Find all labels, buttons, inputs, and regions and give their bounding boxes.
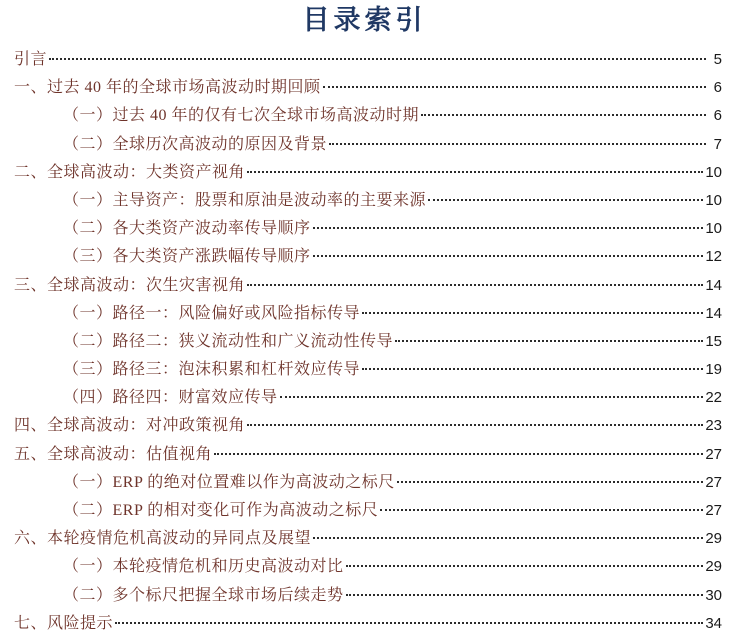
dotted-leader	[214, 453, 703, 455]
toc-entry-label: （四）路径四：财富效应传导	[63, 384, 278, 412]
page-title: 目录索引	[0, 0, 729, 37]
toc-entry-page: 10	[705, 159, 722, 187]
toc-entry-label: 四、全球高波动：对冲政策视角	[14, 412, 245, 440]
toc-entry-label: 五、全球高波动：估值视角	[14, 441, 212, 469]
dotted-leader	[313, 227, 704, 229]
dotted-leader	[313, 255, 704, 257]
toc-entry[interactable]: （一）主导资产：股票和原油是波动率的主要来源 10	[14, 187, 722, 215]
toc-entry-page: 29	[705, 553, 722, 581]
toc-entry[interactable]: （一）路径一：风险偏好或风险指标传导 14	[14, 300, 722, 328]
toc-entry-page: 5	[708, 46, 722, 74]
toc-entry-page: 7	[708, 131, 722, 159]
toc-entry-label: 二、全球高波动：大类资产视角	[14, 159, 245, 187]
dotted-leader	[247, 424, 703, 426]
dotted-leader	[247, 171, 703, 173]
toc-entry-page: 27	[705, 441, 722, 469]
toc-entry-label: 七、风险提示	[14, 610, 113, 638]
dotted-leader	[346, 594, 704, 596]
dotted-leader	[346, 565, 704, 567]
toc-entry[interactable]: （四）路径四：财富效应传导 22	[14, 384, 722, 412]
toc-entry-page: 27	[705, 497, 722, 525]
toc-entry-label: （三）路径三：泡沫积累和杠杆效应传导	[63, 356, 360, 384]
toc-entry[interactable]: （三）各大类资产涨跌幅传导顺序 12	[14, 243, 722, 271]
toc-entry[interactable]: （二）多个标尺把握全球市场后续走势 30	[14, 582, 722, 610]
toc-entry-label: （一）ERP 的绝对位置难以作为高波动之标尺	[63, 469, 395, 497]
dotted-leader	[380, 509, 703, 511]
toc-entry-label: （二）各大类资产波动率传导顺序	[63, 215, 311, 243]
toc-entry-page: 19	[705, 356, 722, 384]
dotted-leader	[323, 86, 706, 88]
toc-entry-page: 27	[705, 469, 722, 497]
dotted-leader	[329, 143, 706, 145]
toc-entry[interactable]: （二）全球历次高波动的原因及背景 7	[14, 131, 722, 159]
dotted-leader	[421, 114, 706, 116]
dotted-leader	[115, 622, 703, 624]
toc-entry-page: 30	[705, 582, 722, 610]
toc-entry-label: 一、过去 40 年的全球市场高波动时期回顾	[14, 74, 321, 102]
toc-entry[interactable]: 五、全球高波动：估值视角 27	[14, 441, 722, 469]
toc-entry[interactable]: 二、全球高波动：大类资产视角 10	[14, 159, 722, 187]
toc-entry[interactable]: 引言 5	[14, 46, 722, 74]
toc-entry-page: 10	[705, 215, 722, 243]
toc-entry-label: （二）多个标尺把握全球市场后续走势	[63, 582, 344, 610]
toc-entry-label: 三、全球高波动：次生灾害视角	[14, 272, 245, 300]
toc-entry[interactable]: （二）ERP 的相对变化可作为高波动之标尺 27	[14, 497, 722, 525]
toc-entry[interactable]: 四、全球高波动：对冲政策视角 23	[14, 412, 722, 440]
dotted-leader	[428, 199, 703, 201]
toc-entry-label: 六、本轮疫情危机高波动的异同点及展望	[14, 525, 311, 553]
toc-entry[interactable]: （一）ERP 的绝对位置难以作为高波动之标尺 27	[14, 469, 722, 497]
toc-entry-page: 6	[708, 102, 722, 130]
toc-entry-label: （三）各大类资产涨跌幅传导顺序	[63, 243, 311, 271]
toc-entry[interactable]: （一）本轮疫情危机和历史高波动对比 29	[14, 553, 722, 581]
toc-entry[interactable]: 七、风险提示 34	[14, 610, 722, 638]
toc-entry-label: 引言	[14, 46, 47, 74]
toc-entry-label: （一）路径一：风险偏好或风险指标传导	[63, 300, 360, 328]
toc-entry-page: 14	[705, 272, 722, 300]
dotted-leader	[49, 58, 706, 60]
toc-entry-page: 10	[705, 187, 722, 215]
toc-entry-page: 22	[705, 384, 722, 412]
toc-entry[interactable]: （二）各大类资产波动率传导顺序 10	[14, 215, 722, 243]
toc-entry-label: （二）ERP 的相对变化可作为高波动之标尺	[63, 497, 378, 525]
dotted-leader	[362, 312, 703, 314]
dotted-leader	[313, 537, 703, 539]
toc-entry-page: 34	[705, 610, 722, 638]
toc-entry-label: （二）路径二：狭义流动性和广义流动性传导	[63, 328, 393, 356]
toc-entry[interactable]: （一）过去 40 年的仅有七次全球市场高波动时期 6	[14, 102, 722, 130]
toc-entry-page: 6	[708, 74, 722, 102]
toc-entry-label: （一）过去 40 年的仅有七次全球市场高波动时期	[63, 102, 419, 130]
dotted-leader	[397, 481, 704, 483]
toc-entry-page: 29	[705, 525, 722, 553]
toc-entry-label: （一）本轮疫情危机和历史高波动对比	[63, 553, 344, 581]
dotted-leader	[395, 340, 703, 342]
toc-entry-page: 14	[705, 300, 722, 328]
toc-entry-page: 12	[705, 243, 722, 271]
toc-entry-page: 23	[705, 412, 722, 440]
toc-entry[interactable]: 三、全球高波动：次生灾害视角 14	[14, 272, 722, 300]
toc-entry-label: （二）全球历次高波动的原因及背景	[63, 131, 327, 159]
dotted-leader	[247, 284, 703, 286]
dotted-leader	[362, 368, 703, 370]
toc-entry[interactable]: 六、本轮疫情危机高波动的异同点及展望 29	[14, 525, 722, 553]
toc-entry-page: 15	[705, 328, 722, 356]
toc-entry-label: （一）主导资产：股票和原油是波动率的主要来源	[63, 187, 426, 215]
dotted-leader	[280, 396, 704, 398]
toc-entry[interactable]: （三）路径三：泡沫积累和杠杆效应传导 19	[14, 356, 722, 384]
toc-entry[interactable]: （二）路径二：狭义流动性和广义流动性传导 15	[14, 328, 722, 356]
toc-entry[interactable]: 一、过去 40 年的全球市场高波动时期回顾 6	[14, 74, 722, 102]
toc-list: 引言 5 一、过去 40 年的全球市场高波动时期回顾 6 （一）过去 40 年的…	[0, 46, 729, 638]
